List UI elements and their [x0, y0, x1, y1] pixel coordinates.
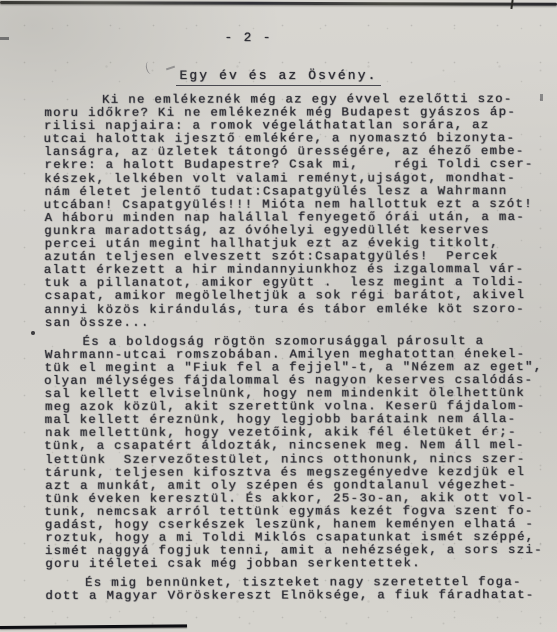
text-line: azt a munkát, amit oly szépen és gondtal… [45, 479, 557, 493]
page-title: Egy év és az Ösvény. [176, 68, 380, 86]
text-line: rekre: a halott Budapestre? Csak mi, rég… [44, 158, 556, 172]
scan-bottom-edge-line [0, 624, 187, 628]
text-line: csapat, amikor megölelhetjük a sok régi … [45, 289, 557, 303]
scanned-page: - 2 - Egy év és az Ösvény. Ki ne emlékez… [0, 0, 557, 632]
text-line: moru időkre? Ki ne emlékeznék még Budape… [44, 106, 556, 120]
text-line: tunk, nemcsak arról tettünk egymás kezét… [44, 505, 556, 519]
text-line: goru itéletei csak még jobban serkentett… [45, 557, 557, 571]
paragraph-1: Ki ne emlékeznék még az egy évvel ezelőt… [44, 93, 556, 330]
paragraph-2: És a boldogság rögtön szomorusággal páro… [45, 335, 557, 572]
ink-spot [31, 331, 35, 335]
text-line: lettünk Szervezőtestület, nincs otthonun… [45, 452, 557, 466]
paragraph-3: És mig bennünket, tiszteket nagy szerete… [45, 576, 557, 603]
text-line: Wahrmann-utcai romszobában. Amilyen megh… [45, 348, 557, 362]
text-line: dott a Magyar Vöröskereszt Elnöksége, a … [45, 589, 557, 603]
text-line: percei után megint hallhatjuk ezt az éve… [45, 237, 557, 251]
page-number: - 2 - [0, 31, 497, 45]
document-body: Ki ne emlékeznék még az egy évvel ezelőt… [44, 93, 557, 604]
text-line: alatt érkezett a hir mindannyiunkhoz és … [44, 263, 556, 277]
text-line: san össze... [45, 316, 557, 330]
scan-top-edge-line [0, 1, 557, 6]
text-line: utcai halottak ijesztő emlékére, a nyoma… [44, 132, 556, 146]
text-line: roztuk, hogy a mi Toldi Miklós csapatunk… [45, 531, 557, 545]
text-line: A háboru minden nap halállal fenyegető ó… [45, 211, 557, 225]
text-line: olyan mélységes fájdalommal és nagyon ke… [44, 374, 556, 388]
text-line: meg azok közül, akit szerettünk volna. K… [45, 400, 557, 414]
title-row: Egy év és az Ösvény. [0, 66, 557, 86]
